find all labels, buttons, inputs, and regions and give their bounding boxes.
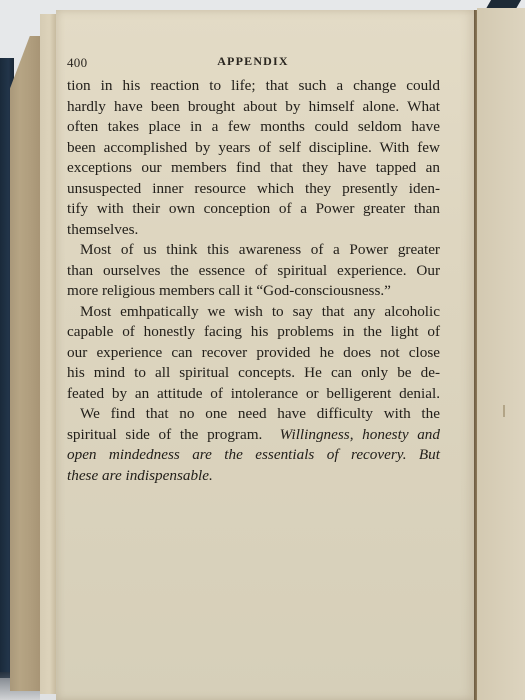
text-line: capable of honestly facing his problems … — [67, 322, 440, 343]
book-photo: 400 APPENDIX tion in his reaction to lif… — [0, 0, 525, 700]
text-line: We find that no one need have difficulty… — [67, 404, 440, 425]
text-line: been accomplished by years of self disci… — [67, 138, 440, 159]
text-line: tify with their own conception of a Powe… — [67, 199, 440, 220]
text-line: his mind to all spiritual concepts. He c… — [67, 363, 440, 384]
running-title: APPENDIX — [67, 54, 439, 69]
text-line: spiritual side of the program. Willingne… — [67, 425, 440, 446]
text-line: our experience can recover provided he d… — [67, 343, 440, 364]
page-edge-highlight — [40, 14, 57, 694]
paragraph: Most emhpatically we wish to say that an… — [67, 302, 440, 405]
text-line: unsuspected inner resource which they pr… — [67, 179, 440, 200]
running-head: 400 APPENDIX — [67, 52, 439, 70]
text-line: more religious members call it “God-cons… — [67, 281, 440, 302]
stacked-page-edges — [10, 36, 43, 691]
text-line: themselves. — [67, 220, 440, 241]
text-segment: spiritual side of the program. — [67, 426, 262, 443]
text-line: exceptions our members find that they ha… — [67, 158, 440, 179]
text-line: hardly have been brought about by himsel… — [67, 97, 440, 118]
italic-line: open mindedness are the essentials of re… — [67, 445, 440, 466]
paper-mark — [503, 405, 505, 417]
facing-right-page — [477, 8, 525, 700]
paragraph: tion in his reaction to life; that such … — [67, 76, 440, 240]
body-text: tion in his reaction to life; that such … — [67, 76, 440, 486]
text-line: often takes place in a few months could … — [67, 117, 440, 138]
italic-emphasis: Willingness, honesty and — [280, 426, 440, 443]
paragraph: Most of us think this awareness of a Pow… — [67, 240, 440, 302]
text-line: feated by an attitude of intolerance or … — [67, 384, 440, 405]
text-line: Most of us think this awareness of a Pow… — [67, 240, 440, 261]
text-line: than ourselves the essence of spiritual … — [67, 261, 440, 282]
text-line: tion in his reaction to life; that such … — [67, 76, 440, 97]
paragraph: We find that no one need have difficulty… — [67, 404, 440, 486]
text-line: Most emhpatically we wish to say that an… — [67, 302, 440, 323]
italic-line: these are indispensable. — [67, 466, 440, 487]
